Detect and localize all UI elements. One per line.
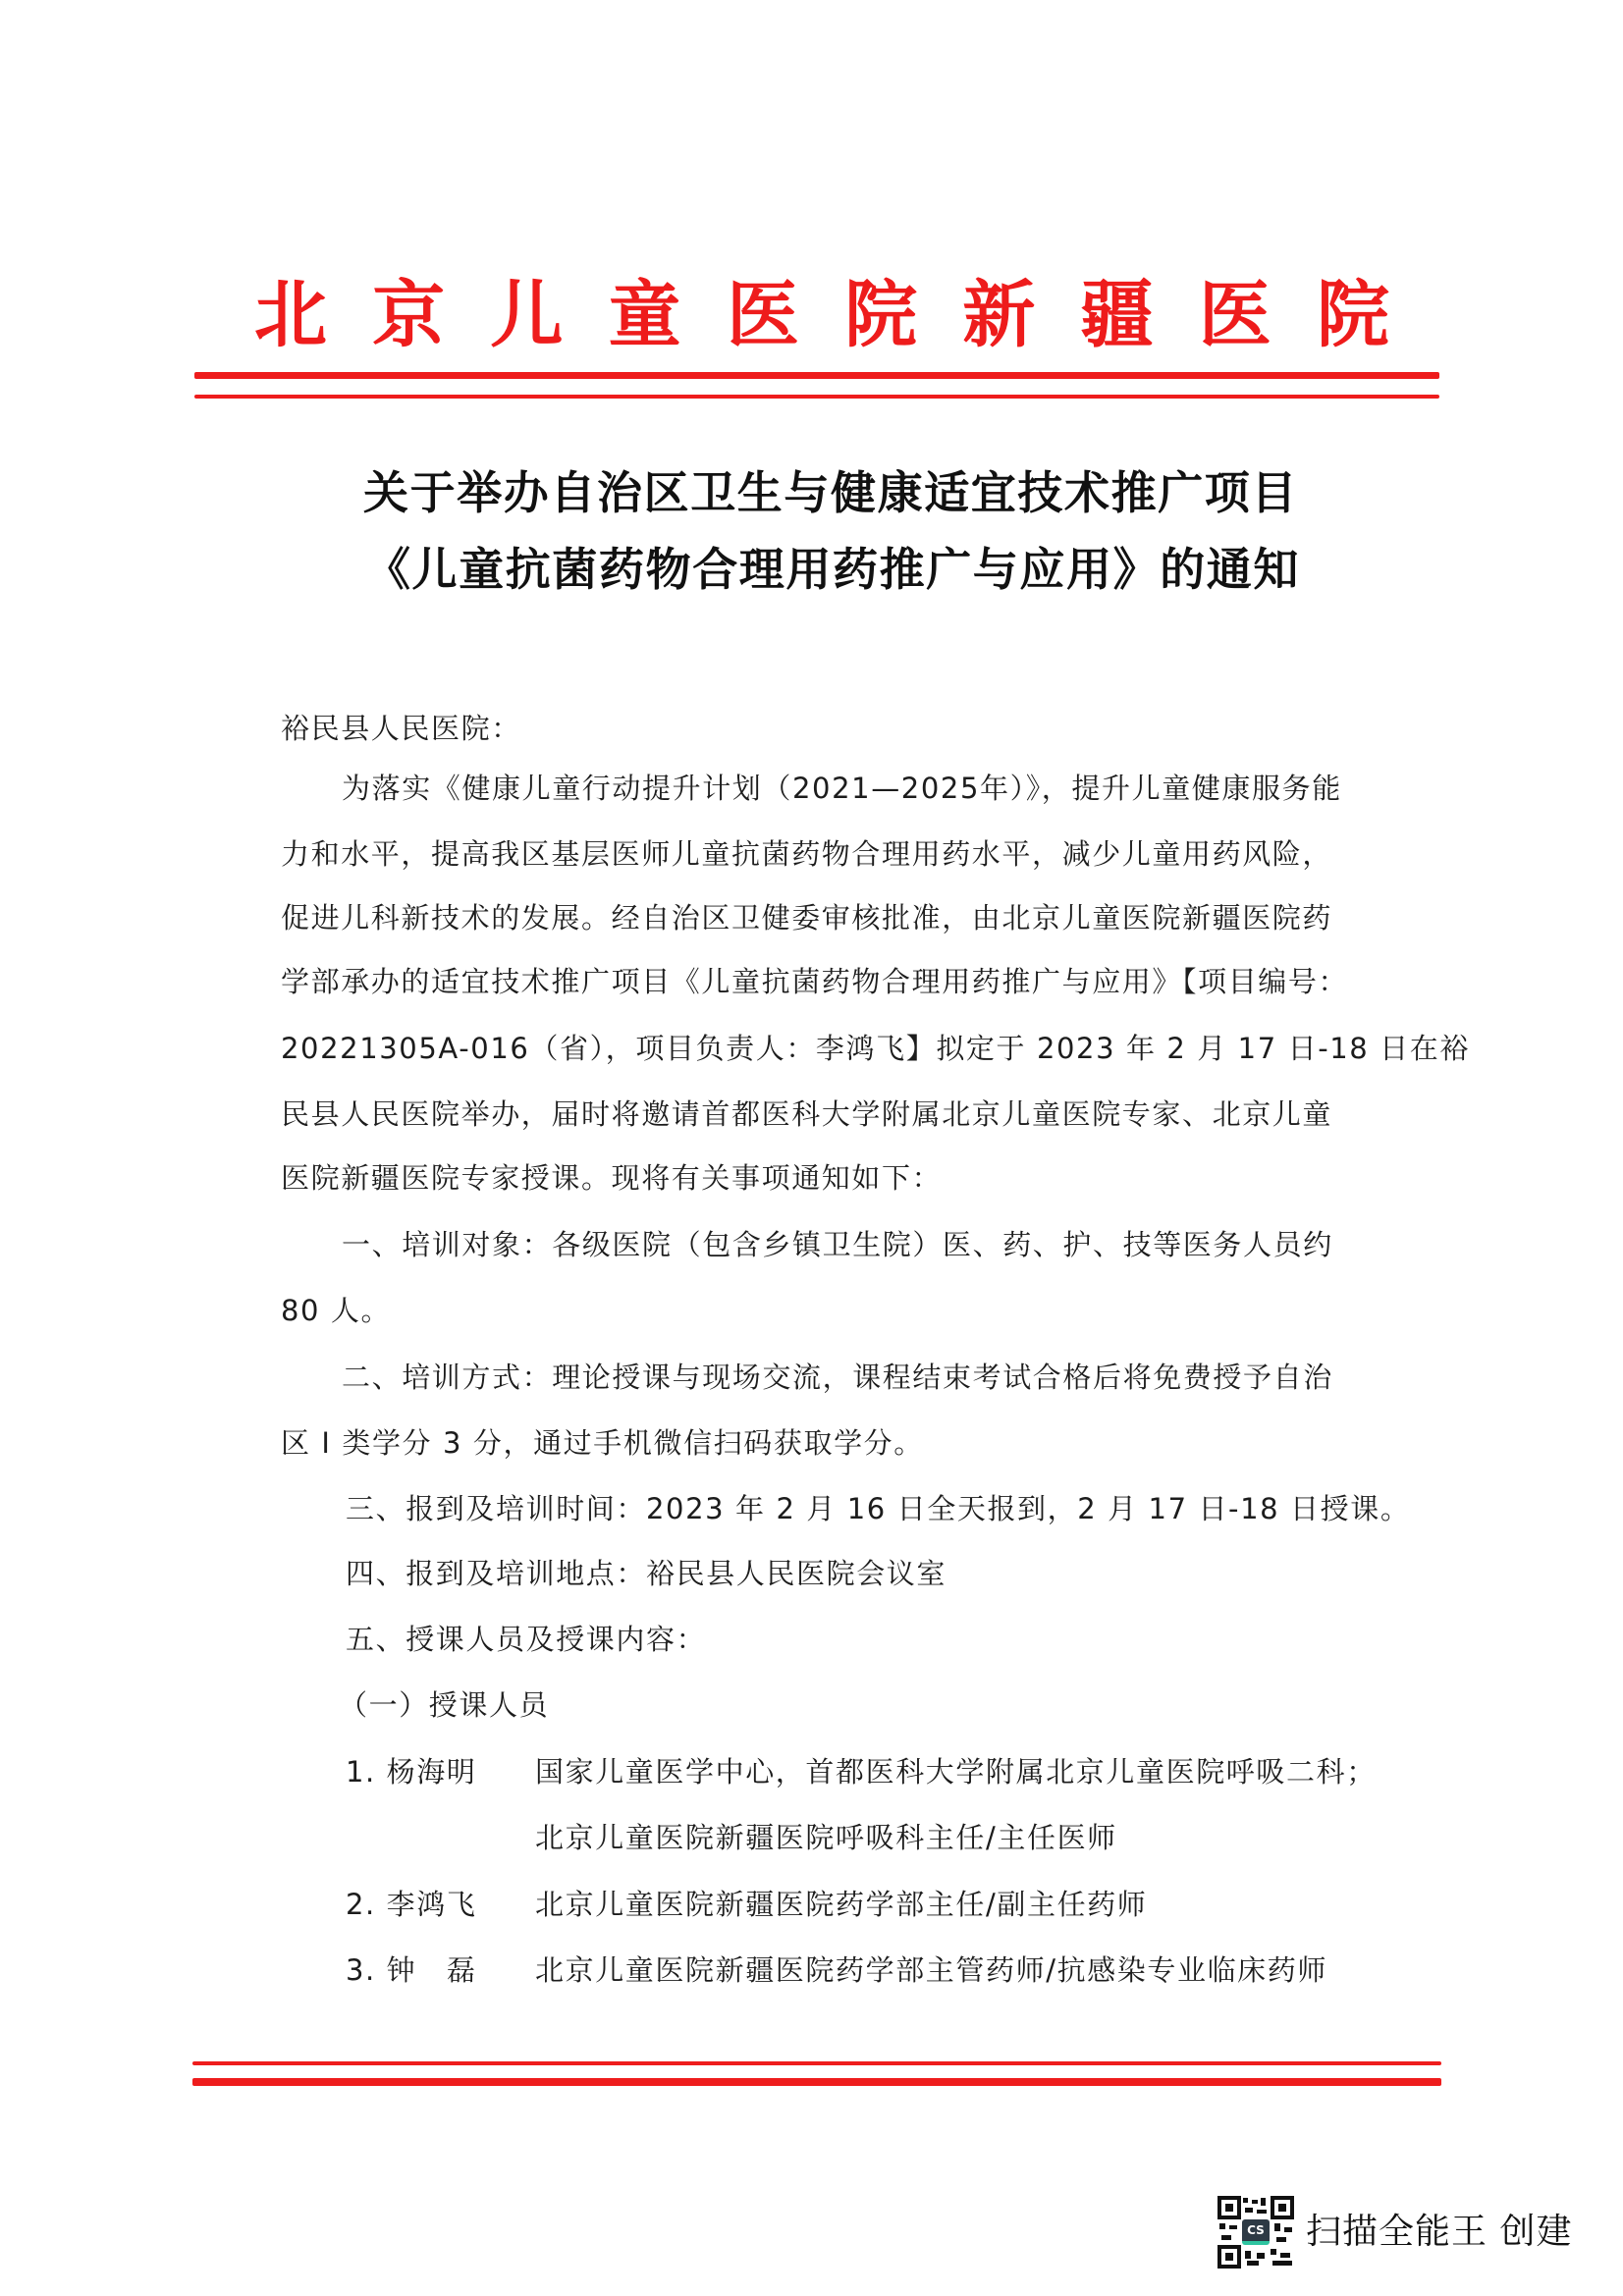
- intro-line: 促进儿科新技术的发展。经自治区卫健委审核批准，由北京儿童医院新疆医院药: [281, 898, 1332, 937]
- intro-line: 20221305A-016（省），项目负责人：李鸿飞】拟定于 2023 年 2 …: [281, 1029, 1470, 1068]
- instructor-desc: 北京儿童医院新疆医院药学部主管药师/抗感染专业临床药师: [535, 1950, 1327, 1990]
- letterhead-char: 北: [252, 271, 329, 359]
- instructor-name: 3. 钟 磊: [346, 1950, 477, 1990]
- intro-line: 学部承办的适宜技术推广项目《儿童抗菌药物合理用药推广与应用》【项目编号：: [281, 962, 1348, 1001]
- document-title-line-2: 《儿童抗菌药物合理用药推广与应用》的通知: [365, 542, 1300, 597]
- section-training-target-cont: 80 人。: [281, 1291, 391, 1330]
- camscanner-logo-icon: CS: [1242, 2219, 1270, 2245]
- qr-code-icon: CS: [1217, 2196, 1294, 2269]
- letterhead-char: 院: [1315, 271, 1391, 359]
- letterhead-char: 院: [842, 271, 919, 359]
- footer-thick-rule: [192, 2078, 1441, 2086]
- letterhead-char: 儿: [488, 271, 565, 359]
- section-training-method-cont: 区 I 类学分 3 分，通过手机微信扫码获取学分。: [281, 1423, 924, 1463]
- letterhead-thick-rule: [194, 372, 1439, 379]
- section-instructors-content: 五、授课人员及授课内容：: [346, 1620, 706, 1659]
- letterhead: 北 京 儿 童 医 院 新 疆 医 院: [252, 271, 1391, 359]
- instructor-desc: 国家儿童医学中心，首都医科大学附属北京儿童医院呼吸二科；: [535, 1752, 1377, 1791]
- letterhead-char: 医: [1197, 271, 1273, 359]
- recipient: 裕民县人民医院：: [281, 709, 521, 748]
- letterhead-char: 京: [370, 271, 447, 359]
- intro-line: 民县人民医院举办，届时将邀请首都医科大学附属北京儿童医院专家、北京儿童: [281, 1095, 1332, 1134]
- letterhead-char: 新: [960, 271, 1037, 359]
- section-training-method: 二、培训方式：理论授课与现场交流，课程结束考试合格后将免费授予自治: [342, 1358, 1333, 1397]
- section-training-location: 四、报到及培训地点：裕民县人民医院会议室: [346, 1554, 947, 1593]
- letterhead-char: 疆: [1079, 271, 1156, 359]
- letterhead-char: 医: [725, 271, 801, 359]
- intro-line: 为落实《健康儿童行动提升计划（2021—2025年）》，提升儿童健康服务能: [342, 769, 1342, 808]
- intro-line: 医院新疆医院专家授课。现将有关事项通知如下：: [281, 1158, 942, 1198]
- instructor-name: 2. 李鸿飞: [346, 1885, 477, 1924]
- scanner-watermark-text: 扫描全能王 创建: [1306, 2211, 1572, 2254]
- footer-thin-rule: [192, 2061, 1441, 2065]
- section-training-time: 三、报到及培训时间：2023 年 2 月 16 日全天报到，2 月 17 日-1…: [346, 1489, 1410, 1528]
- letterhead-thin-rule: [194, 395, 1439, 399]
- intro-line: 力和水平，提高我区基层医师儿童抗菌药物合理用药水平，减少儿童用药风险，: [281, 834, 1332, 874]
- letterhead-char: 童: [607, 271, 683, 359]
- instructor-name: 1. 杨海明: [346, 1752, 477, 1791]
- instructor-desc: 北京儿童医院新疆医院药学部主任/副主任药师: [535, 1885, 1147, 1924]
- section-training-target: 一、培训对象：各级医院（包含乡镇卫生院）医、药、护、技等医务人员约: [342, 1225, 1333, 1264]
- subsection-instructors: （一）授课人员: [339, 1685, 549, 1725]
- instructor-desc: 北京儿童医院新疆医院呼吸科主任/主任医师: [535, 1818, 1117, 1857]
- document-title-line-1: 关于举办自治区卫生与健康适宜技术推广项目: [363, 465, 1298, 520]
